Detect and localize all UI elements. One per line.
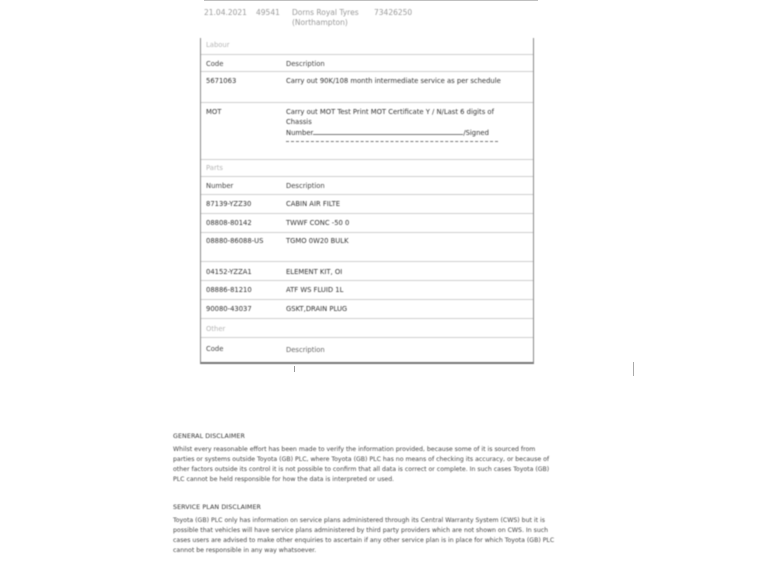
reference-number: 73426250 [374,8,412,18]
margin-mark [633,362,634,376]
labour-section-label: Labour [201,38,533,55]
mileage: 49541 [256,8,280,18]
page-marker [294,366,295,372]
labour-header-row: Code Description [201,55,533,72]
chassis-number-line: Number/Signed [286,127,516,138]
service-plan-disclaimer: SERVICE PLAN DISCLAIMER Toyota (GB) PLC … [173,503,558,556]
mot-description: Carry out MOT Test Print MOT Certificate… [286,107,516,127]
service-plan-disclaimer-title: SERVICE PLAN DISCLAIMER [173,503,558,513]
page-top-rule [204,0,538,1]
parts-row: 08886-81210 ATF WS FLUID 1L [201,281,533,300]
parts-row: 08808-80142 TWWF CONC -50 0 [201,214,533,233]
other-section-label: Other [201,319,533,338]
general-disclaimer-title: GENERAL DISCLAIMER [173,432,558,442]
parts-row: 90080-43037 GSKT,DRAIN PLUG [201,300,533,319]
dealer-name: Dorns Royal Tyres [292,8,359,18]
service-plan-disclaimer-text: Toyota (GB) PLC only has information on … [173,516,558,556]
parts-row: 04152-YZZA1 ELEMENT KIT, OI [201,262,533,281]
parts-header-row: Number Description [201,177,533,195]
dealer-location: (Northampton) [292,18,348,28]
labour-row: MOT Carry out MOT Test Print MOT Certifi… [201,103,533,160]
parts-row: 08880-86088-US TGMO 0W20 BULK [201,233,533,262]
general-disclaimer-text: Whilst every reasonable effort has been … [173,445,558,485]
other-header-row: Code Description [201,338,533,360]
parts-row: 87139-YZZ30 CABIN AIR FILTE [201,195,533,214]
general-disclaimer: GENERAL DISCLAIMER Whilst every reasonab… [173,432,558,485]
service-details-card: Labour Code Description 5671063 Carry ou… [200,38,534,364]
labour-row: 5671063 Carry out 90K/108 month intermed… [201,72,533,103]
signature-line [286,141,498,142]
service-date: 21.04.2021 [204,8,247,18]
parts-section-label: Parts [201,160,533,177]
